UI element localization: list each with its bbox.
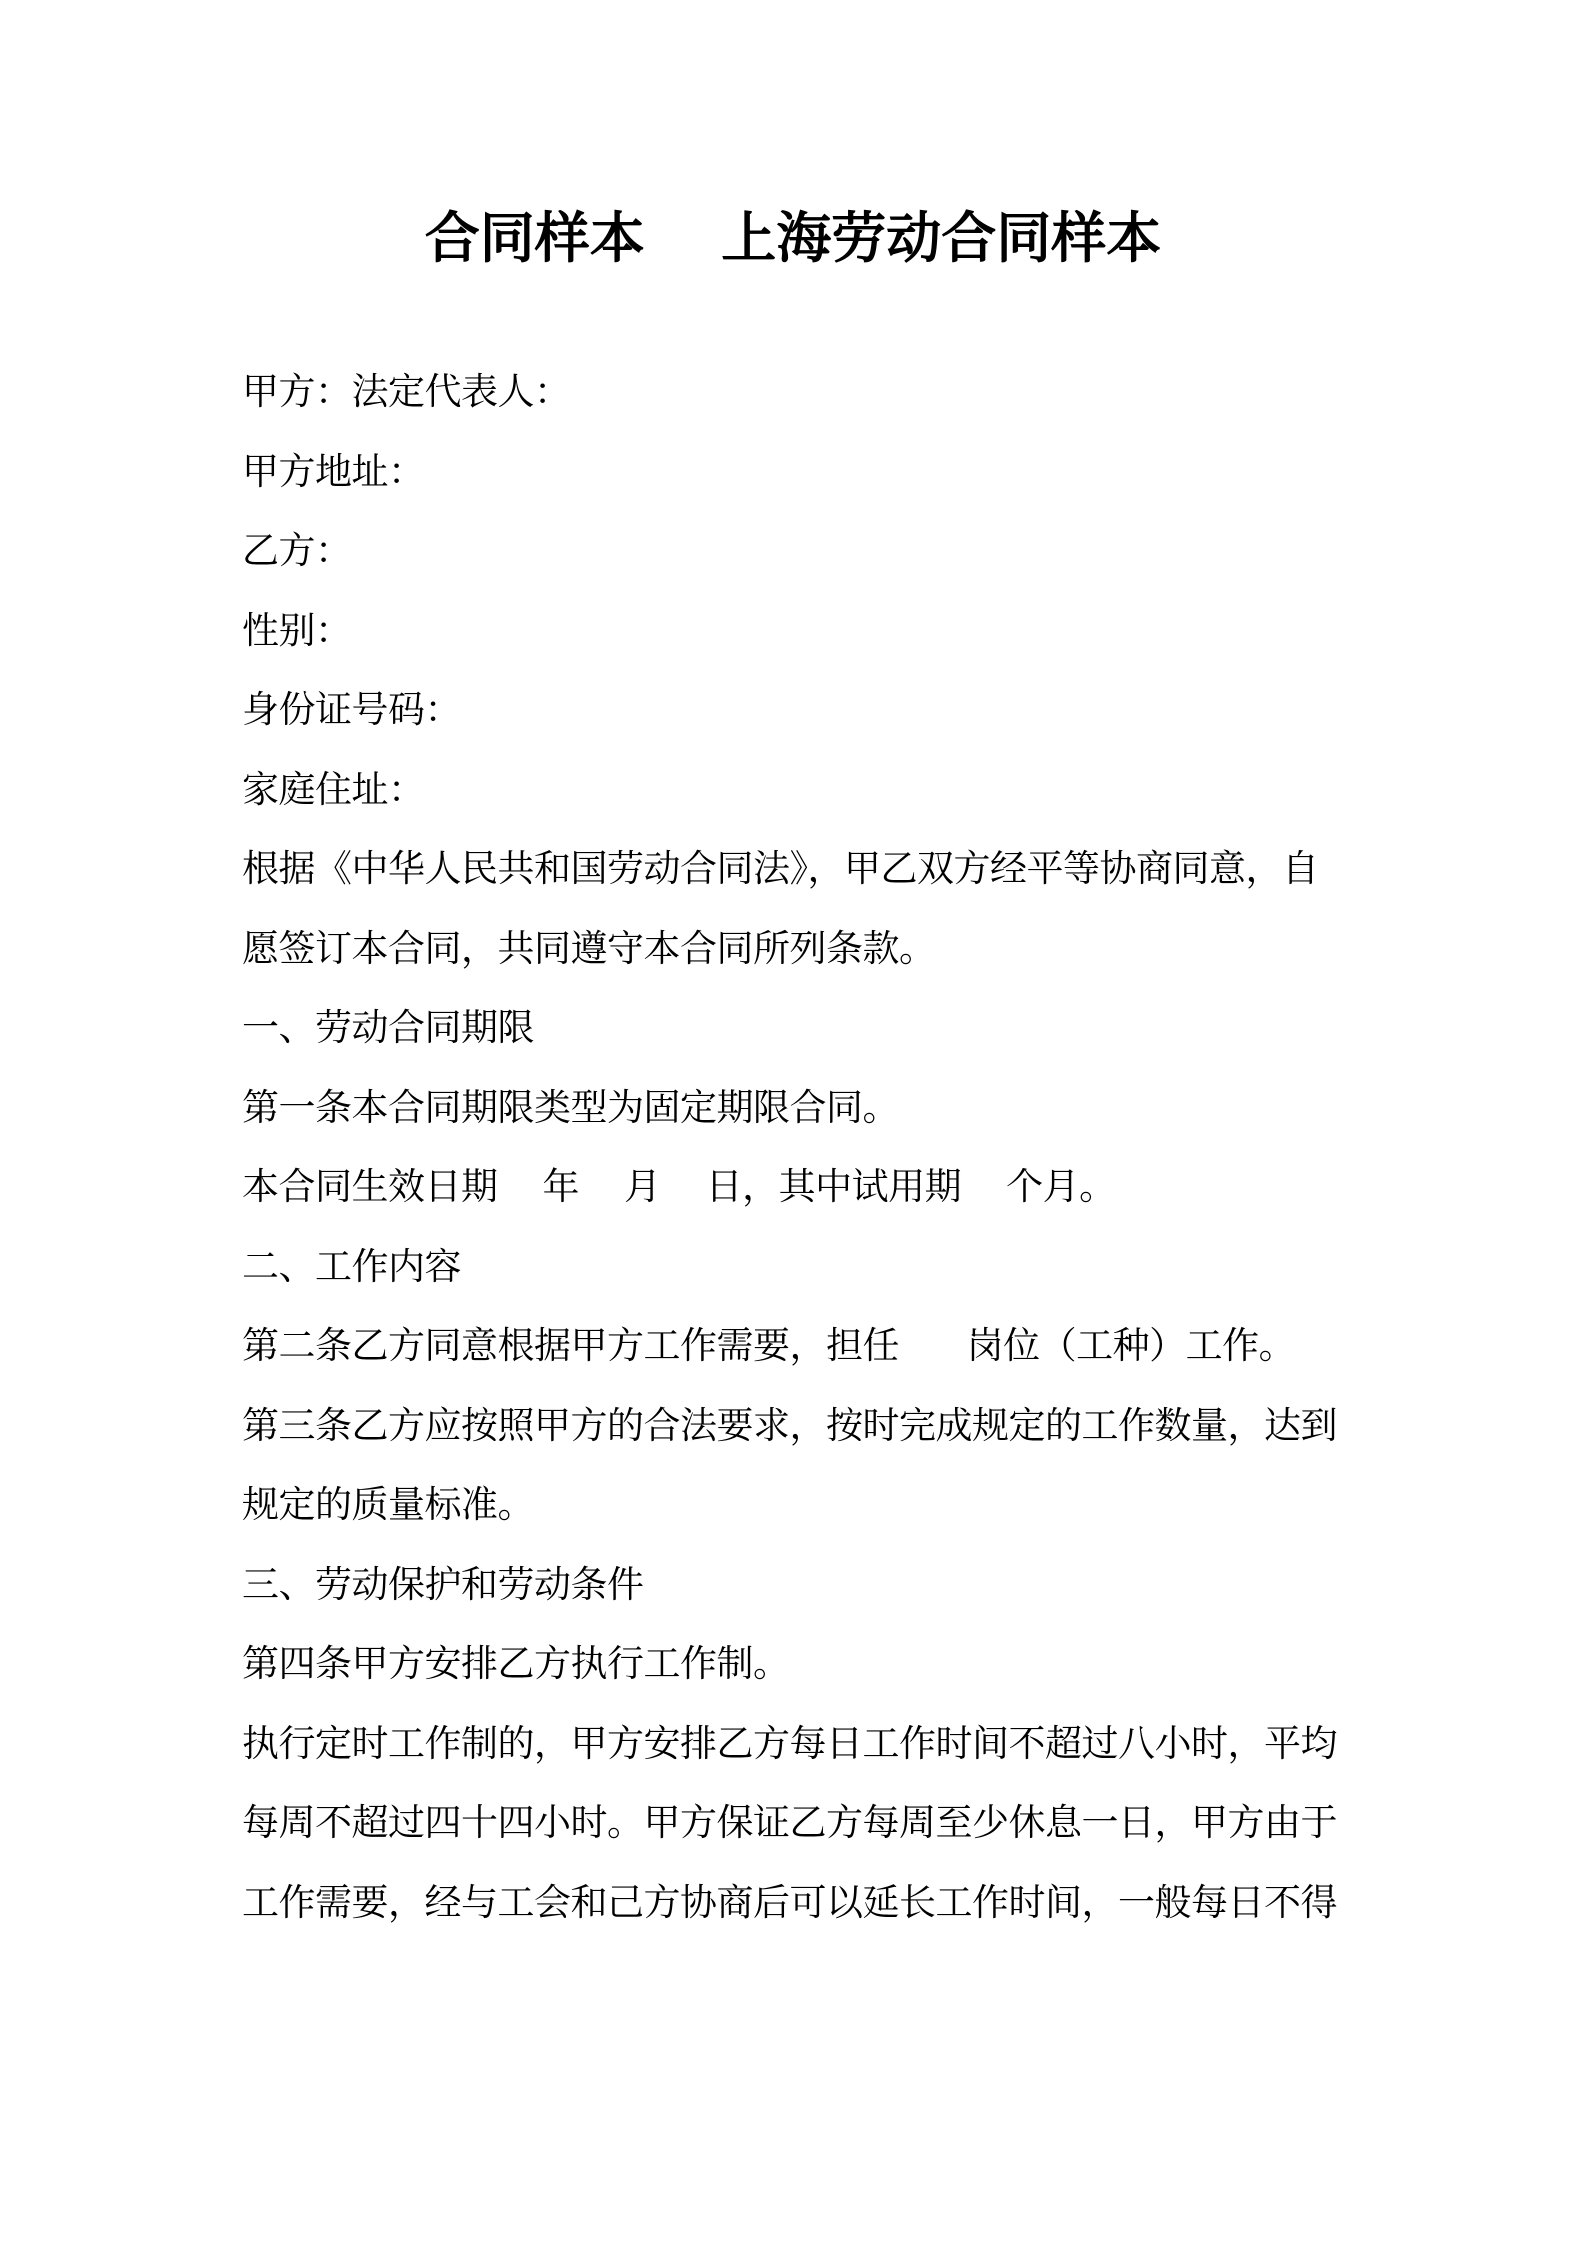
working-hours-line-1: 执行定时工作制的，甲方安排乙方每日工作时间不超过八小时，平均 (242, 1725, 1362, 1762)
gender-line: 性别： (242, 612, 1362, 649)
party-a-address-line: 甲方地址： (242, 453, 1362, 490)
article-2: 第二条乙方同意根据甲方工作需要，担任 岗位（工种）工作。 (242, 1327, 1362, 1364)
party-a-representative-line: 甲方：法定代表人： (242, 373, 1362, 410)
effective-date-line: 本合同生效日期 年 月 日，其中试用期 个月。 (242, 1168, 1362, 1205)
document-title: 合同样本 上海劳动合同样本 (0, 203, 1586, 273)
home-address-line: 家庭住址： (242, 771, 1362, 808)
working-hours-line-3: 工作需要，经与工会和己方协商后可以延长工作时间，一般每日不得 (242, 1884, 1362, 1921)
preamble-line-2: 愿签订本合同，共同遵守本合同所列条款。 (242, 930, 1362, 967)
article-3-line-2: 规定的质量标准。 (242, 1486, 1362, 1523)
section-heading-1: 一、劳动合同期限 (242, 1009, 1362, 1046)
section-heading-3: 三、劳动保护和劳动条件 (242, 1566, 1362, 1603)
document-body: 甲方：法定代表人： 甲方地址： 乙方： 性别： 身份证号码： 家庭住址： 根据《… (242, 373, 1362, 1963)
party-b-line: 乙方： (242, 532, 1362, 569)
section-heading-2: 二、工作内容 (242, 1248, 1362, 1285)
preamble-line-1: 根据《中华人民共和国劳动合同法》，甲乙双方经平等协商同意，自 (242, 850, 1362, 887)
article-1: 第一条本合同期限类型为固定期限合同。 (242, 1089, 1362, 1126)
article-3-line-1: 第三条乙方应按照甲方的合法要求，按时完成规定的工作数量，达到 (242, 1407, 1362, 1444)
article-4: 第四条甲方安排乙方执行工作制。 (242, 1645, 1362, 1682)
working-hours-line-2: 每周不超过四十四小时。甲方保证乙方每周至少休息一日，甲方由于 (242, 1804, 1362, 1841)
id-number-line: 身份证号码： (242, 691, 1362, 728)
